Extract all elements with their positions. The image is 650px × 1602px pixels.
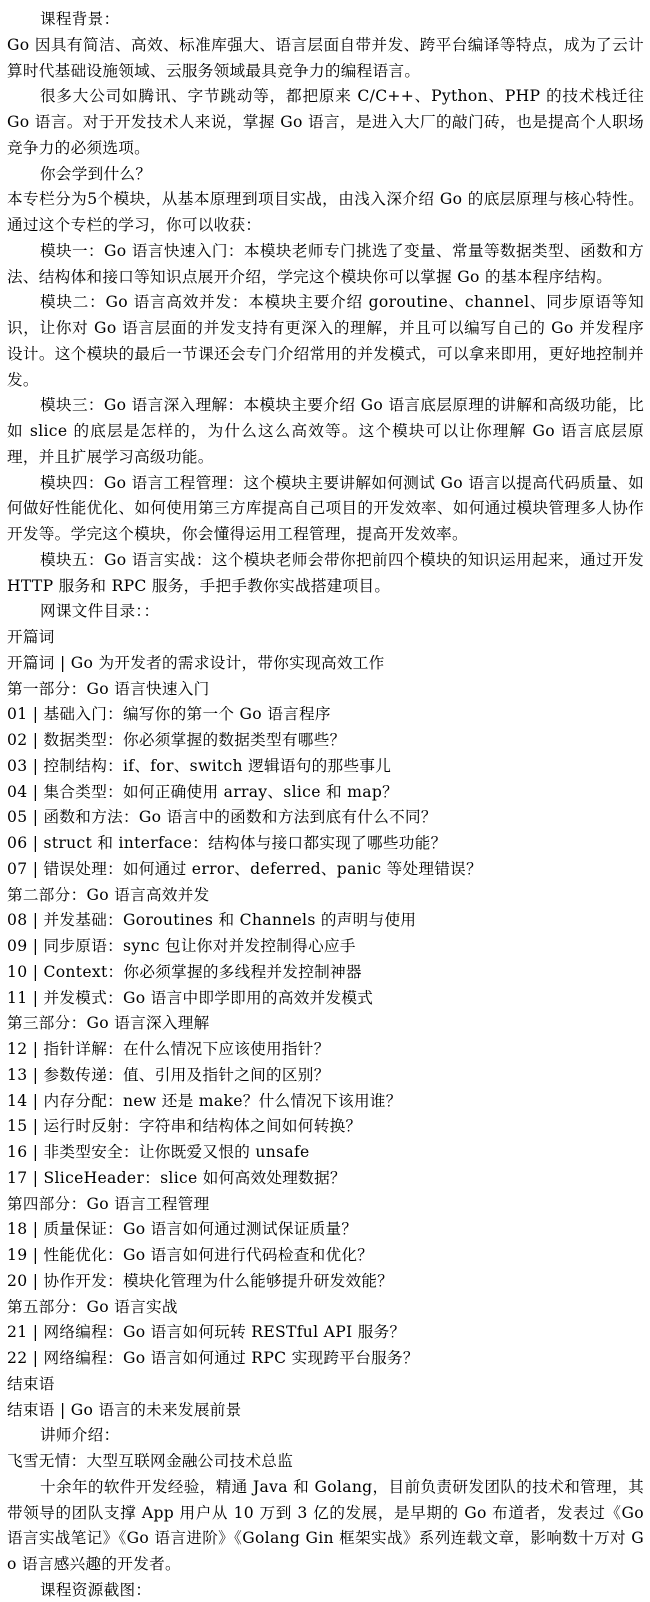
instructor-title: 飞雪无情：大型互联网金融公司技术总监 xyxy=(7,1449,644,1475)
toc-item: 01 | 基础入门：编写你的第一个 Go 语言程序 xyxy=(7,702,644,728)
module-paragraph-2: 模块二：Go 语言高效并发：本模块主要介绍 goroutine、channel、… xyxy=(7,290,644,393)
paragraph-background-2: 很多大公司如腾讯、字节跳动等，都把原来 C/C++、Python、PHP 的技术… xyxy=(7,84,644,161)
toc-section-preface: 开篇词 xyxy=(7,625,644,651)
toc-item: 05 | 函数和方法：Go 语言中的函数和方法到底有什么不同？ xyxy=(7,805,644,831)
toc-item: 09 | 同步原语：sync 包让你对并发控制得心应手 xyxy=(7,934,644,960)
toc-section-part-1: 第一部分：Go 语言快速入门 xyxy=(7,677,644,703)
toc-item: 20 | 协作开发：模块化管理为什么能够提升研发效能？ xyxy=(7,1269,644,1295)
section-heading-toc: 网课文件目录：： xyxy=(7,599,644,625)
toc-item: 10 | Context：你必须掌握的多线程并发控制神器 xyxy=(7,960,644,986)
paragraph-learn-intro: 本专栏分为5个模块，从基本原理到项目实战，由浅入深介绍 Go 的底层原理与核心特… xyxy=(7,187,644,239)
toc-section-part-4: 第四部分：Go 语言工程管理 xyxy=(7,1192,644,1218)
module-paragraph-5: 模块五：Go 语言实战：这个模块老师会带你把前四个模块的知识运用起来，通过开发 … xyxy=(7,548,644,600)
section-heading-background: 课程背景： xyxy=(7,7,644,33)
toc-item: 13 | 参数传递：值、引用及指针之间的区别？ xyxy=(7,1063,644,1089)
toc-item: 19 | 性能优化：Go 语言如何进行代码检查和优化？ xyxy=(7,1243,644,1269)
section-heading-resources: 课程资源截图： xyxy=(7,1578,644,1602)
toc-section-part-3: 第三部分：Go 语言深入理解 xyxy=(7,1011,644,1037)
toc-item: 21 | 网络编程：Go 语言如何玩转 RESTful API 服务？ xyxy=(7,1320,644,1346)
toc-item: 22 | 网络编程：Go 语言如何通过 RPC 实现跨平台服务？ xyxy=(7,1346,644,1372)
document-body: 课程背景： Go 因具有简洁、高效、标准库强大、语言层面自带并发、跨平台编译等特… xyxy=(0,0,650,1602)
toc-item: 结束语 | Go 语言的未来发展前景 xyxy=(7,1398,644,1424)
toc-item: 08 | 并发基础：Goroutines 和 Channels 的声明与使用 xyxy=(7,908,644,934)
toc-item: 开篇词 | Go 为开发者的需求设计，带你实现高效工作 xyxy=(7,651,644,677)
paragraph-background-1: Go 因具有简洁、高效、标准库强大、语言层面自带并发、跨平台编译等特点，成为了云… xyxy=(7,33,644,85)
toc-item: 12 | 指针详解：在什么情况下应该使用指针？ xyxy=(7,1037,644,1063)
toc-item: 18 | 质量保证：Go 语言如何通过测试保证质量？ xyxy=(7,1217,644,1243)
instructor-bio: 十余年的软件开发经验，精通 Java 和 Golang，目前负责研发团队的技术和… xyxy=(7,1475,644,1578)
toc-item: 14 | 内存分配：new 还是 make？什么情况下该用谁？ xyxy=(7,1089,644,1115)
toc-list: 开篇词 开篇词 | Go 为开发者的需求设计，带你实现高效工作 第一部分：Go … xyxy=(7,625,644,1423)
toc-item: 03 | 控制结构：if、for、switch 逻辑语句的那些事儿 xyxy=(7,754,644,780)
toc-item: 15 | 运行时反射：字符串和结构体之间如何转换？ xyxy=(7,1114,644,1140)
section-heading-learn: 你会学到什么？ xyxy=(7,162,644,188)
section-heading-instructor: 讲师介绍： xyxy=(7,1423,644,1449)
toc-item: 17 | SliceHeader：slice 如何高效处理数据？ xyxy=(7,1166,644,1192)
toc-item: 06 | struct 和 interface：结构体与接口都实现了哪些功能？ xyxy=(7,831,644,857)
toc-section-part-2: 第二部分：Go 语言高效并发 xyxy=(7,883,644,909)
module-paragraph-4: 模块四：Go 语言工程管理：这个模块主要讲解如何测试 Go 语言以提高代码质量、… xyxy=(7,471,644,548)
toc-section-part-5: 第五部分：Go 语言实战 xyxy=(7,1295,644,1321)
toc-item: 04 | 集合类型：如何正确使用 array、slice 和 map？ xyxy=(7,780,644,806)
toc-item: 16 | 非类型安全：让你既爱又恨的 unsafe xyxy=(7,1140,644,1166)
module-paragraph-1: 模块一：Go 语言快速入门：本模块老师专门挑选了变量、常量等数据类型、函数和方法… xyxy=(7,239,644,291)
toc-item: 07 | 错误处理：如何通过 error、deferred、panic 等处理错… xyxy=(7,857,644,883)
module-paragraph-3: 模块三：Go 语言深入理解：本模块主要介绍 Go 语言底层原理的讲解和高级功能，… xyxy=(7,393,644,470)
toc-item: 11 | 并发模式：Go 语言中即学即用的高效并发模式 xyxy=(7,986,644,1012)
toc-section-closing: 结束语 xyxy=(7,1372,644,1398)
toc-item: 02 | 数据类型：你必须掌握的数据类型有哪些？ xyxy=(7,728,644,754)
